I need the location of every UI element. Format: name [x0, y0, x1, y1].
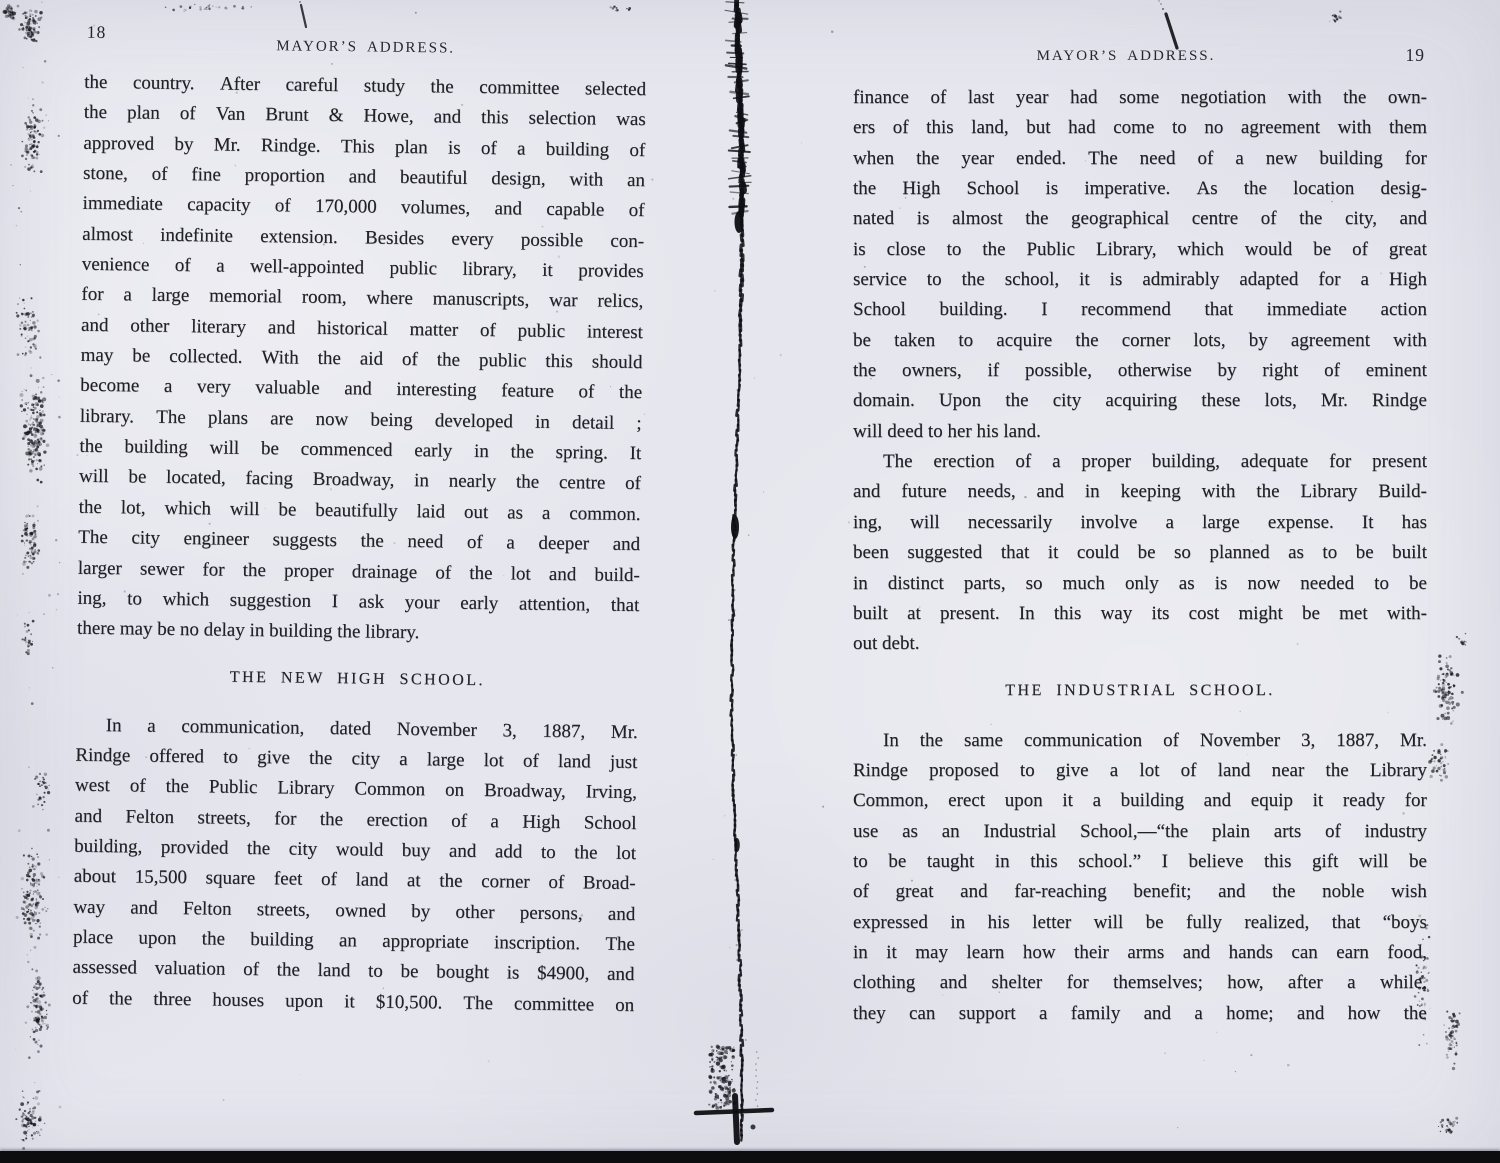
page-19: MAYOR’S ADDRESS. 19 financeoflastyearhad…: [853, 22, 1427, 1132]
text-line: beensuggestedthatitcouldbesoplannedastob…: [853, 538, 1427, 568]
text-line: tobetaughtinthisschool.”Ibelievethisgift…: [853, 847, 1427, 877]
text-line: expressedinhisletterwillbefullyrealized,…: [853, 908, 1427, 938]
text-line: InthesamecommunicationofNovember3,1887,M…: [853, 726, 1427, 756]
text-line: ersofthisland,buthadcometonoagreementwit…: [853, 113, 1427, 143]
page-18-text-column: thecountry.Aftercarefulstudythecommittee…: [72, 68, 646, 1021]
text-line: isclosetothePublicLibrary,whichwouldbeof…: [853, 235, 1427, 265]
text-line: ofthethreehousesuponit$10,500.Thecommitt…: [72, 983, 634, 1021]
running-header-left: MAYOR’S ADDRESS.: [85, 36, 647, 60]
text-line: whentheyearended.Theneedofanewbuildingfo…: [853, 144, 1427, 174]
text-line: indistinctparts,somuchonlyasisnowneededt…: [853, 569, 1427, 599]
text-line: betakentoacquirethecornerlots,byagreemen…: [853, 326, 1427, 356]
text-line: RindgeproposedtogivealotoflandneartheLib…: [853, 756, 1427, 786]
text-line: clothingandshelterforthemselves;how,afte…: [853, 968, 1427, 998]
page-19-header: MAYOR’S ADDRESS. 19: [853, 22, 1427, 88]
text-line: theycansupportafamilyandahome;andhowthe: [853, 999, 1427, 1029]
text-line: domain.Uponthecityacquiringtheselots,Mr.…: [853, 386, 1427, 416]
text-line: useasanIndustrialSchool,—“theplainartsof…: [853, 817, 1427, 847]
text-line: Schoolbuilding.Irecommendthatimmediateac…: [853, 295, 1427, 325]
section-heading: THE INDUSTRIAL SCHOOL.: [853, 681, 1427, 701]
text-line: initmaylearnhowtheirarmsandhandscanearnf…: [853, 938, 1427, 968]
page-number-right: 19: [1406, 45, 1426, 66]
text-line: Theerectionofaproperbuilding,adequatefor…: [853, 447, 1427, 477]
text-line: andfutureneeds,andinkeepingwiththeLibrar…: [853, 477, 1427, 507]
scan-bottom-bar: [0, 1151, 1500, 1163]
book-scan: 18 MAYOR’S ADDRESS. thecountry.Aftercare…: [0, 0, 1500, 1163]
text-line: natedisalmostthegeographicalcentreofthec…: [853, 204, 1427, 234]
text-line: ofgreatandfar-reachingbenefit;andthenobl…: [853, 877, 1427, 907]
text-line: out debt.: [853, 629, 1427, 659]
text-line: ing,willnecessarilyinvolvealargeexpense.…: [853, 508, 1427, 538]
text-line: theowners,ifpossible,otherwisebyrightofe…: [853, 356, 1427, 386]
text-line: will deed to her his land.: [853, 417, 1427, 447]
text-line: financeoflastyearhadsomenegotiationwitht…: [853, 83, 1427, 113]
text-line: theHighSchoolisimperative.Asthelocationd…: [853, 174, 1427, 204]
text-line: builtatpresent.Inthiswayitscostmightbeme…: [853, 599, 1427, 629]
running-header-right: MAYOR’S ADDRESS.: [853, 48, 1399, 65]
page-19-text-column: financeoflastyearhadsomenegotiationwitht…: [853, 83, 1427, 1029]
text-line: Common,erectuponitabuildingandequipitrea…: [853, 786, 1427, 816]
page-18: 18 MAYOR’S ADDRESS. thecountry.Aftercare…: [70, 22, 646, 1139]
text-line: servicetotheschool,itisadmirablyadaptedf…: [853, 265, 1427, 295]
section-heading: THE NEW HIGH SCHOOL.: [76, 665, 638, 692]
